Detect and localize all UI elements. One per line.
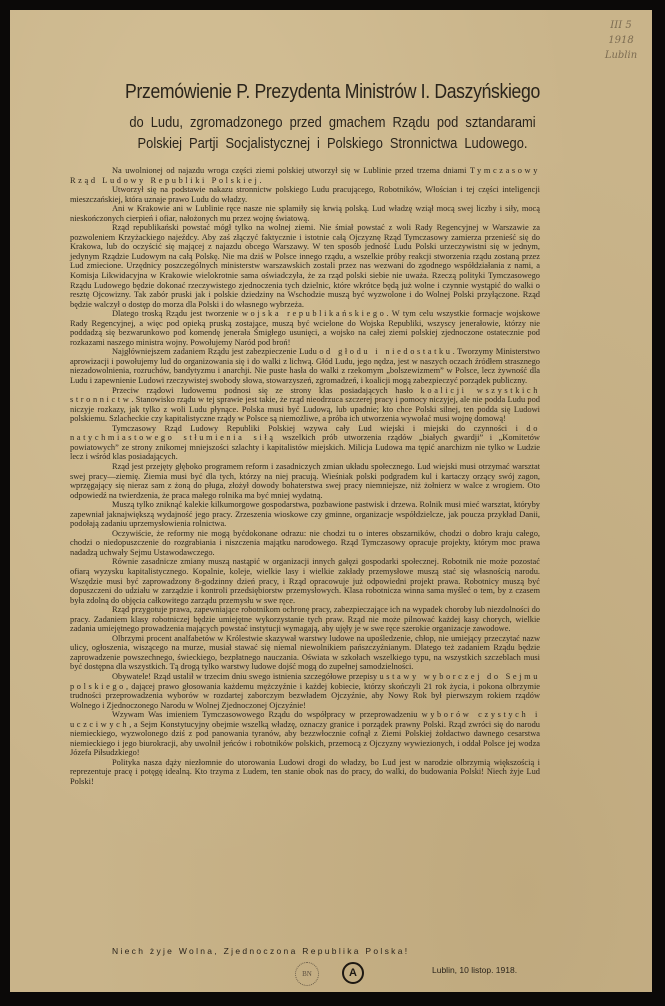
paragraph-text: Obywatele! Rząd ustalił w trzecim dniu s… — [112, 672, 379, 681]
paragraph: Najgłówniejszem zadaniem Rządu jest zabe… — [70, 347, 540, 385]
note-line-1: III 5 — [596, 18, 646, 33]
paragraph-text: Równie zasadnicze zmiany muszą nastąpić … — [70, 557, 540, 604]
scan-frame: III 5 1918 Lublin Przemówienie P. Prezyd… — [0, 0, 665, 1006]
handwritten-margin-note: III 5 1918 Lublin — [596, 18, 646, 63]
paragraph-text: Najgłówniejszem zadaniem Rządu jest zabe… — [112, 347, 319, 356]
paragraph: Rząd przygotuje prawa, zapewniające robo… — [70, 605, 540, 634]
paragraph-text: Utworzył się na podstawie nakazu stronni… — [70, 185, 540, 204]
paragraph: Olbrzymi procent analfabetów w Królestwi… — [70, 634, 540, 672]
paragraph: Rząd republikański powstać mógł tylko na… — [70, 223, 540, 309]
paragraph: Polityka nasza dąży niezłomnie do utorow… — [70, 758, 540, 787]
document-title: Przemówienie P. Prezydenta Ministrów I. … — [47, 80, 619, 104]
paragraph-text: , a Sejm Konstytucyjny obejmie wszelką w… — [70, 720, 540, 758]
paragraph-text: . — [259, 176, 261, 185]
paragraph: Rząd jest przejęty głęboko programem ref… — [70, 462, 540, 500]
circled-a-stamp-icon: A — [342, 962, 364, 984]
paragraph-text: , dającej prawo głosowania każdemu mężcz… — [70, 682, 540, 710]
spaced-emphasis: wojska republikańskiego — [242, 309, 387, 318]
paragraph: Obywatele! Rząd ustalił w trzecim dniu s… — [70, 672, 540, 710]
speech-body: Na uwolnionej od najazdu wroga części zi… — [70, 166, 540, 787]
library-stamp-icon: BN — [295, 962, 319, 986]
paragraph: Oczywiście, że reformy nie mogą byćdokon… — [70, 529, 540, 558]
paragraph: Tymczasowy Rząd Ludowy Republiki Polskie… — [70, 424, 540, 462]
note-line-2: 1918 — [596, 33, 646, 48]
paragraph: Dlatego troską Rządu jest tworzenie wojs… — [70, 309, 540, 347]
place-and-date: Lublin, 10 listop. 1918. — [432, 965, 517, 975]
subtitle-line-1: do Ludu, zgromadzonego przed gmachem Rzą… — [47, 114, 619, 131]
paragraph-text: Ani w Krakowie ani w Lublinie ręce nasze… — [70, 204, 540, 223]
paragraph: Równie zasadnicze zmiany muszą nastąpić … — [70, 557, 540, 605]
paragraph: Muszą tylko zniknąć kalekie kilkumorgowe… — [70, 500, 540, 529]
paragraph-text: Oczywiście, że reformy nie mogą byćdokon… — [70, 529, 540, 557]
paragraph: Przeciw rządowi ludowemu podnosi się ze … — [70, 386, 540, 424]
paragraph-text: Dlatego troską Rządu jest tworzenie — [112, 309, 242, 318]
paragraph: Na uwolnionej od najazdu wroga części zi… — [70, 166, 540, 185]
paragraph-text: Wzywam Was imieniem Tymczasowowego Rządu… — [112, 710, 422, 719]
paragraph: Utworzył się na podstawie nakazu stronni… — [70, 185, 540, 204]
paragraph-text: Na uwolnionej od najazdu wroga części zi… — [112, 166, 470, 175]
paragraph-text: Rząd republikański powstać mógł tylko na… — [70, 223, 540, 308]
paragraph: Wzywam Was imieniem Tymczasowowego Rządu… — [70, 710, 540, 758]
paragraph: Ani w Krakowie ani w Lublinie ręce nasze… — [70, 204, 540, 223]
paragraph-text: Polityka nasza dąży niezłomnie do utorow… — [70, 758, 540, 786]
closing-slogan: Niech żyje Wolna, Zjednoczona Republika … — [112, 946, 409, 956]
paragraph-text: Olbrzymi procent analfabetów w Królestwi… — [70, 634, 540, 672]
note-line-3: Lublin — [596, 48, 646, 63]
paragraph-text: Muszą tylko zniknąć kalekie kilkumorgowe… — [70, 500, 540, 528]
subtitle-line-2: Polskiej Partji Socjalistycznej i Polski… — [47, 135, 619, 152]
spaced-emphasis: od głodu i niedostatku — [319, 347, 452, 356]
paragraph-text: Rząd przygotuje prawa, zapewniające robo… — [70, 605, 540, 633]
paragraph-text: Tymczasowy Rząd Ludowy Republiki Polskie… — [112, 424, 526, 433]
paragraph-text: . Stanowisko rządu w tej sprawie jest ta… — [70, 395, 540, 423]
paragraph-text: Przeciw rządowi ludowemu podnosi się ze … — [112, 386, 421, 395]
paragraph-text: Rząd jest przejęty głęboko programem ref… — [70, 462, 540, 500]
